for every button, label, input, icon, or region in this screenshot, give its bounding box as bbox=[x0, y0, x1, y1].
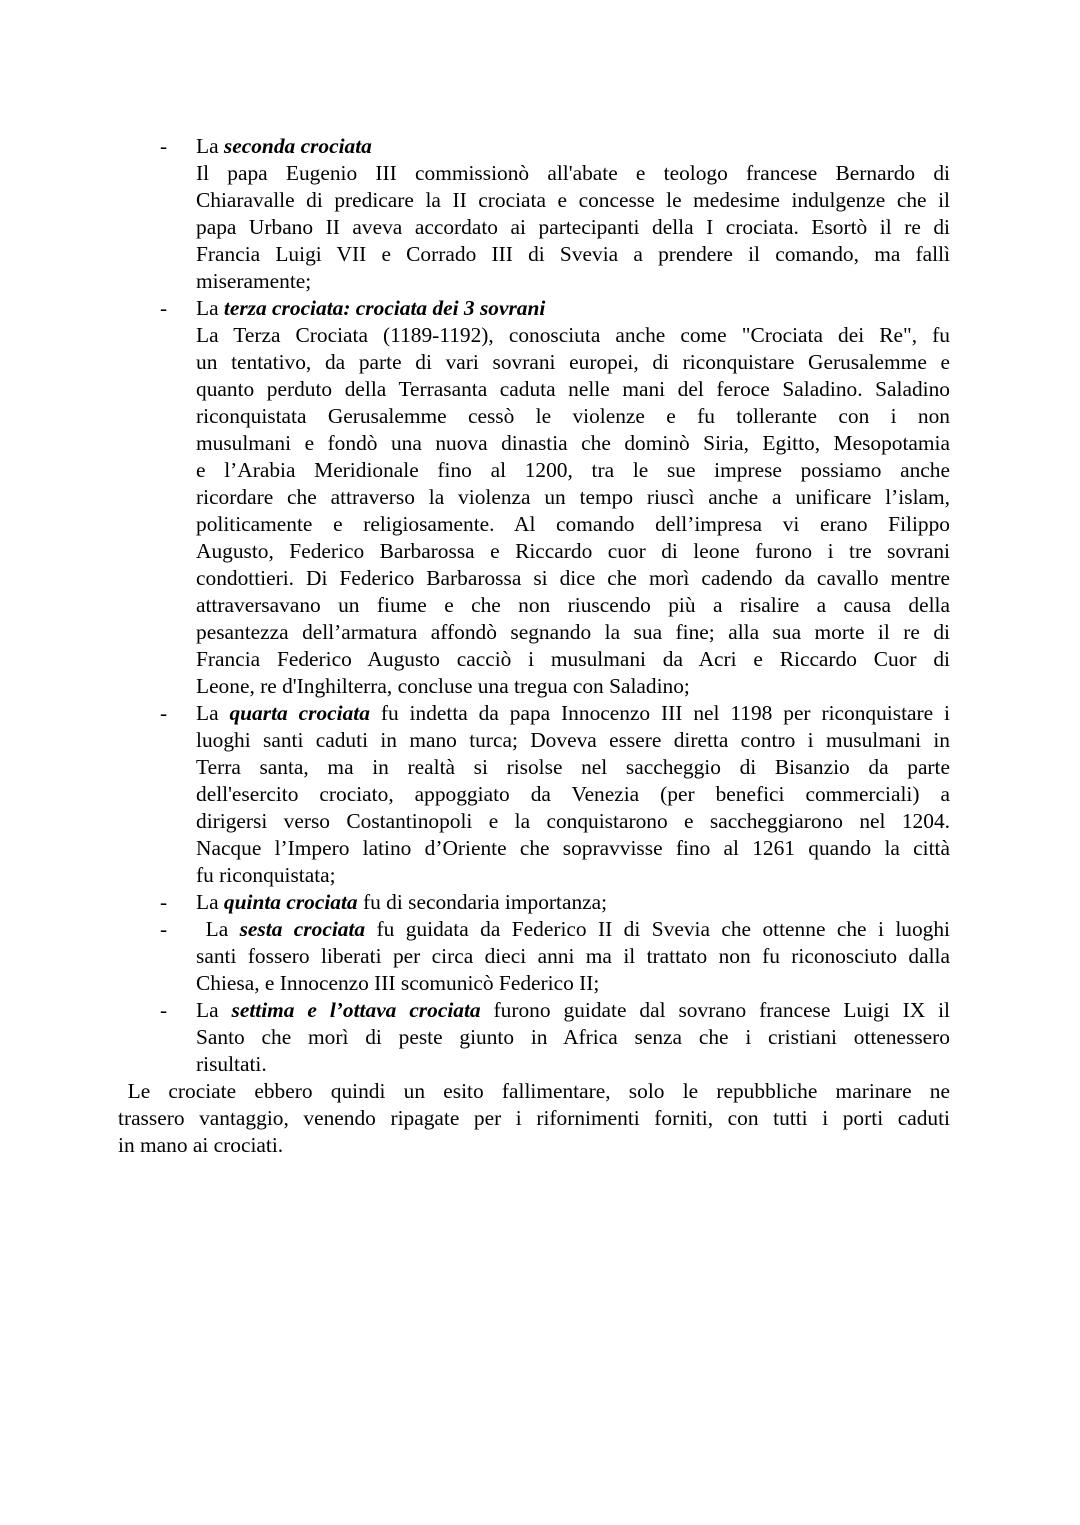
text-line: La quinta crociata fu di secondaria impo… bbox=[196, 889, 950, 916]
text-line: fu riconquistata; bbox=[196, 862, 950, 889]
text-line: La settima e l’ottava crociata furono gu… bbox=[196, 997, 950, 1024]
text-line: in mano ai crociati. bbox=[118, 1132, 950, 1159]
list-item-content: La seconda crociataIl papa Eugenio III c… bbox=[196, 133, 950, 295]
crusade-name-emphasis: quinta crociata bbox=[224, 890, 358, 914]
text-line: dell'esercito crociato, appoggiato da Ve… bbox=[196, 781, 950, 808]
text-line: Francia Luigi VII e Corrado III di Svevi… bbox=[196, 241, 950, 268]
text-line: musulmani e fondò una nuova dinastia che… bbox=[196, 430, 950, 457]
text-line: Leone, re d'Inghilterra, concluse una tr… bbox=[196, 673, 950, 700]
bullet-dash-marker: - bbox=[160, 916, 180, 943]
text-line: La seconda crociata bbox=[196, 133, 950, 160]
text-line: politicamente e religiosamente. Al coman… bbox=[196, 511, 950, 538]
crusade-name-emphasis: settima e l’ottava crociata bbox=[232, 998, 481, 1022]
text-line: La Terza Crociata (1189-1192), conosciut… bbox=[196, 322, 950, 349]
text-line: Le crociate ebbero quindi un esito falli… bbox=[118, 1078, 950, 1105]
text-line: Chiaravalle di predicare la II crociata … bbox=[196, 187, 950, 214]
text-line: dirigersi verso Costantinopoli e la conq… bbox=[196, 808, 950, 835]
text-line: riconquistata Gerusalemme cessò le viole… bbox=[196, 403, 950, 430]
text-line: papa Urbano II aveva accordato ai partec… bbox=[196, 214, 950, 241]
text-line: pesantezza dell’armatura affondò segnand… bbox=[196, 619, 950, 646]
text-line: Augusto, Federico Barbarossa e Riccardo … bbox=[196, 538, 950, 565]
crusade-name-emphasis: seconda crociata bbox=[224, 134, 372, 158]
crusade-list-item: -La quinta crociata fu di secondaria imp… bbox=[118, 889, 950, 916]
text-line: Chiesa, e Innocenzo III scomunicò Federi… bbox=[196, 970, 950, 997]
list-item-content: La settima e l’ottava crociata furono gu… bbox=[196, 997, 950, 1078]
text-line: luoghi santi caduti in mano turca; Dovev… bbox=[196, 727, 950, 754]
list-item-content: La sesta crociata fu guidata da Federico… bbox=[196, 916, 950, 997]
bullet-dash-marker: - bbox=[160, 889, 180, 916]
text-line: un tentativo, da parte di vari sovrani e… bbox=[196, 349, 950, 376]
bullet-dash-marker: - bbox=[160, 997, 180, 1024]
text-line: e l’Arabia Meridionale fino al 1200, tra… bbox=[196, 457, 950, 484]
list-item-content: La quarta crociata fu indetta da papa In… bbox=[196, 700, 950, 889]
text-line: La quarta crociata fu indetta da papa In… bbox=[196, 700, 950, 727]
text-line: ricordare che attraverso la violenza un … bbox=[196, 484, 950, 511]
crusade-name-emphasis: quarta crociata bbox=[229, 701, 369, 725]
crusade-name-emphasis: terza crociata: crociata dei 3 sovrani bbox=[224, 296, 545, 320]
text-line: condottieri. Di Federico Barbarossa si d… bbox=[196, 565, 950, 592]
crusade-list-item: -La terza crociata: crociata dei 3 sovra… bbox=[118, 295, 950, 700]
crusade-list-item: -La settima e l’ottava crociata furono g… bbox=[118, 997, 950, 1078]
bullet-dash-marker: - bbox=[160, 133, 180, 160]
text-line: La sesta crociata fu guidata da Federico… bbox=[196, 916, 950, 943]
crusade-list-item: -La seconda crociataIl papa Eugenio III … bbox=[118, 133, 950, 295]
text-line: attraversavano un fiume e che non riusce… bbox=[196, 592, 950, 619]
text-line: miseramente; bbox=[196, 268, 950, 295]
bullet-dash-marker: - bbox=[160, 700, 180, 727]
text-line: Il papa Eugenio III commissionò all'abat… bbox=[196, 160, 950, 187]
text-line: trassero vantaggio, venendo ripagate per… bbox=[118, 1105, 950, 1132]
bullet-dash-marker: - bbox=[160, 295, 180, 322]
crusade-name-emphasis: sesta crociata bbox=[240, 917, 366, 941]
closing-paragraph: Le crociate ebbero quindi un esito falli… bbox=[118, 1078, 950, 1159]
document-page: -La seconda crociataIl papa Eugenio III … bbox=[0, 0, 1080, 1525]
text-line: risultati. bbox=[196, 1051, 950, 1078]
list-item-content: La terza crociata: crociata dei 3 sovran… bbox=[196, 295, 950, 700]
text-line: Francia Federico Augusto cacciò i musulm… bbox=[196, 646, 950, 673]
crusade-list-item: -La quarta crociata fu indetta da papa I… bbox=[118, 700, 950, 889]
document-body: -La seconda crociataIl papa Eugenio III … bbox=[118, 133, 950, 1159]
text-line: Santo che morì di peste giunto in Africa… bbox=[196, 1024, 950, 1051]
list-item-content: La quinta crociata fu di secondaria impo… bbox=[196, 889, 950, 916]
text-line: Terra santa, ma in realtà si risolse nel… bbox=[196, 754, 950, 781]
text-line: quanto perduto della Terrasanta caduta n… bbox=[196, 376, 950, 403]
crusade-list-item: -La sesta crociata fu guidata da Federic… bbox=[118, 916, 950, 997]
text-line: Nacque l’Impero latino d’Oriente che sop… bbox=[196, 835, 950, 862]
text-line: La terza crociata: crociata dei 3 sovran… bbox=[196, 295, 950, 322]
text-line: santi fossero liberati per circa dieci a… bbox=[196, 943, 950, 970]
